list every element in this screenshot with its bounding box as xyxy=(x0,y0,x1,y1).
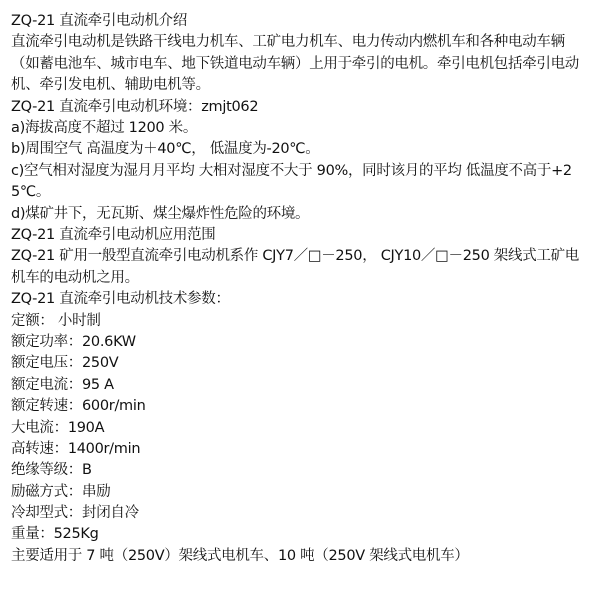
spec-excitation: 励磁方式：串励 xyxy=(11,482,586,503)
spec-value: 1400r/min xyxy=(68,441,140,457)
spec-label: 冷却型式： xyxy=(11,505,82,521)
spec-value: 串励 xyxy=(82,484,110,500)
spec-value: 600r/min xyxy=(82,398,145,414)
spec-label: 额定电压： xyxy=(11,355,82,371)
spec-label: 高转速： xyxy=(11,441,68,457)
spec-label: 额定电流： xyxy=(11,377,82,393)
spec-value: B xyxy=(82,462,92,478)
spec-label: 额定功率： xyxy=(11,334,82,350)
environment-item-b: b)周围空气 高温度为＋40℃， 低温度为-20℃。 xyxy=(11,139,586,160)
spec-value: 250V xyxy=(82,355,118,371)
spec-value: 20.6KW xyxy=(82,334,136,350)
document-title: ZQ-21 直流牵引电动机介绍 xyxy=(11,11,586,32)
spec-label: 励磁方式： xyxy=(11,484,82,500)
spec-value: 小时制 xyxy=(54,313,101,329)
document-body: ZQ-21 直流牵引电动机介绍 直流牵引电动机是铁路干线电力机车、工矿电力机车、… xyxy=(11,11,586,567)
spec-rated-voltage: 额定电压：250V xyxy=(11,353,586,374)
spec-label: 大电流： xyxy=(11,420,68,436)
application-heading: ZQ-21 直流牵引电动机应用范围 xyxy=(11,225,586,246)
spec-label: 重量： xyxy=(11,526,54,542)
environment-item-c: c)空气相对湿度为湿月月平均 大相对湿度不大于 90%，同时该月的平均 低温度不… xyxy=(11,161,586,204)
environment-heading: ZQ-21 直流牵引电动机环境：zmjt062 xyxy=(11,97,586,118)
specs-heading: ZQ-21 直流牵引电动机技术参数： xyxy=(11,289,586,310)
spec-label: 定额： xyxy=(11,313,54,329)
spec-max-current: 大电流：190A xyxy=(11,418,586,439)
environment-item-d: d)煤矿井下，无瓦斯、煤尘爆炸性危险的环境。 xyxy=(11,204,586,225)
intro-paragraph: 直流牵引电动机是铁路干线电力机车、工矿电力机车、电力传动内燃机车和各种电动车辆（… xyxy=(11,32,586,96)
spec-rating: 定额： 小时制 xyxy=(11,311,586,332)
spec-label: 额定转速： xyxy=(11,398,82,414)
spec-weight: 重量：525Kg xyxy=(11,524,586,545)
spec-value: 封闭自冷 xyxy=(82,505,139,521)
spec-cooling: 冷却型式：封闭自冷 xyxy=(11,503,586,524)
spec-rated-power: 额定功率：20.6KW xyxy=(11,332,586,353)
spec-rated-speed: 额定转速：600r/min xyxy=(11,396,586,417)
spec-max-speed: 高转速：1400r/min xyxy=(11,439,586,460)
spec-value: 190A xyxy=(68,420,104,436)
environment-item-a: a)海拔高度不超过 1200 米。 xyxy=(11,118,586,139)
spec-value: 525Kg xyxy=(54,526,99,542)
usage-text: 主要适用于 7 吨（250V）架线式电机车、10 吨（250V 架线式电机车） xyxy=(11,546,586,567)
spec-value: 95 A xyxy=(82,377,114,393)
spec-rated-current: 额定电流：95 A xyxy=(11,375,586,396)
application-text: ZQ-21 矿用一般型直流牵引电动机系作 CJY7／□－250， CJY10／□… xyxy=(11,246,586,289)
spec-insulation-class: 绝缘等级：B xyxy=(11,460,586,481)
spec-label: 绝缘等级： xyxy=(11,462,82,478)
